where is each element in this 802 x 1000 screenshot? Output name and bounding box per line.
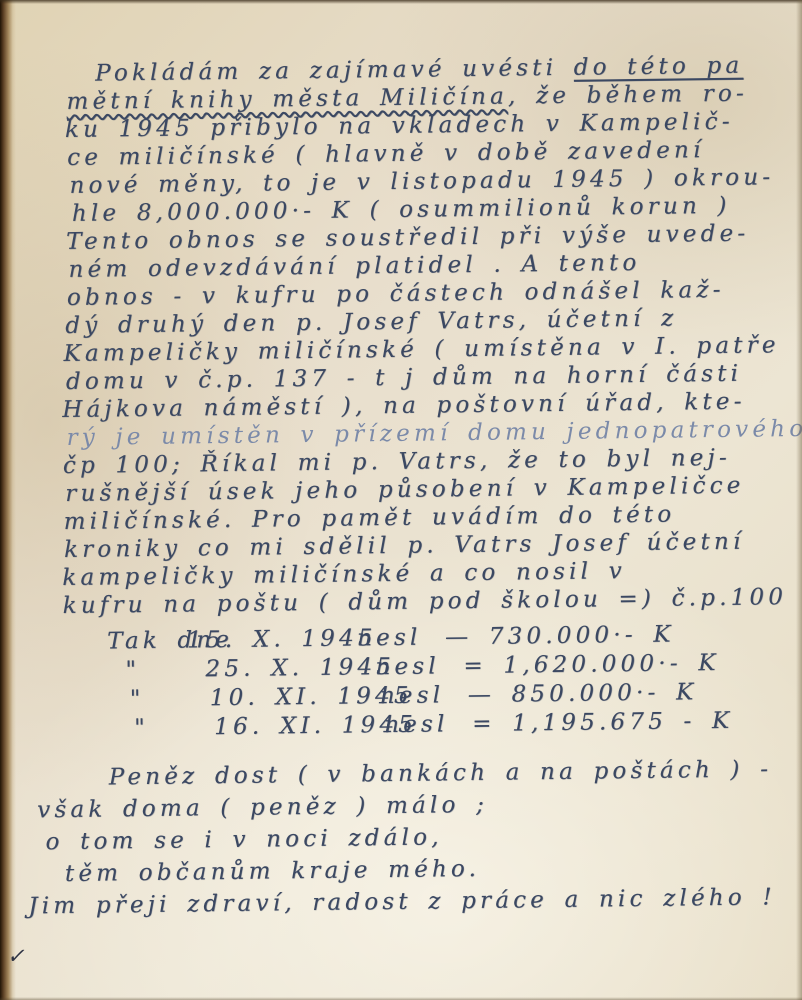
underlined-text: do této pa	[574, 53, 744, 81]
handwritten-paragraph: Pokládám za zajímavé uvésti do této pa m…	[0, 51, 802, 621]
ledger-verb: nesl	[384, 710, 472, 740]
ledger-prefix: Tak dne	[107, 626, 187, 656]
margin-check-mark: ✓	[7, 944, 25, 968]
ledger-date: 15. X. 1945	[187, 624, 357, 655]
ledger-date: 16. XI. 1945	[214, 711, 384, 742]
ledger-ditto-mark: "	[130, 684, 210, 714]
book-binding-edge	[0, 0, 16, 1000]
ledger-amount: — 730.000·- K	[445, 621, 675, 653]
closing-poem: Peněz dost ( v bankách a na poštách ) - …	[9, 753, 802, 923]
deposit-ledger: Tak dne 15. X. 1945 nesl — 730.000·- K "…	[7, 619, 802, 745]
chronicle-book-page: Pokládám za zajímavé uvésti do této pa m…	[0, 0, 802, 1000]
page-right-edge	[796, 0, 802, 1000]
ledger-verb: nesl	[380, 681, 468, 711]
ledger-date: 10. XI. 1945	[210, 682, 380, 713]
ledger-ditto-mark: "	[134, 713, 214, 743]
ledger-amount: — 850.000·- K	[468, 678, 698, 710]
ledger-amount: = 1,620.000·- K	[463, 649, 720, 681]
ledger-amount: = 1,195.675 - K	[472, 707, 734, 739]
ledger-ditto-mark: "	[125, 655, 205, 685]
page-top-edge	[0, 0, 802, 4]
ledger-date: 25. X. 1945	[205, 653, 375, 684]
line-text: , že během ro-	[508, 81, 748, 110]
wavy-underlined-text: mětní knihy města Miličína	[66, 84, 508, 115]
handwritten-text-block: Pokládám za zajímavé uvésti do této pa m…	[0, 51, 802, 923]
ledger-verb: nesl	[357, 623, 445, 653]
ledger-verb: nesl	[375, 652, 463, 682]
